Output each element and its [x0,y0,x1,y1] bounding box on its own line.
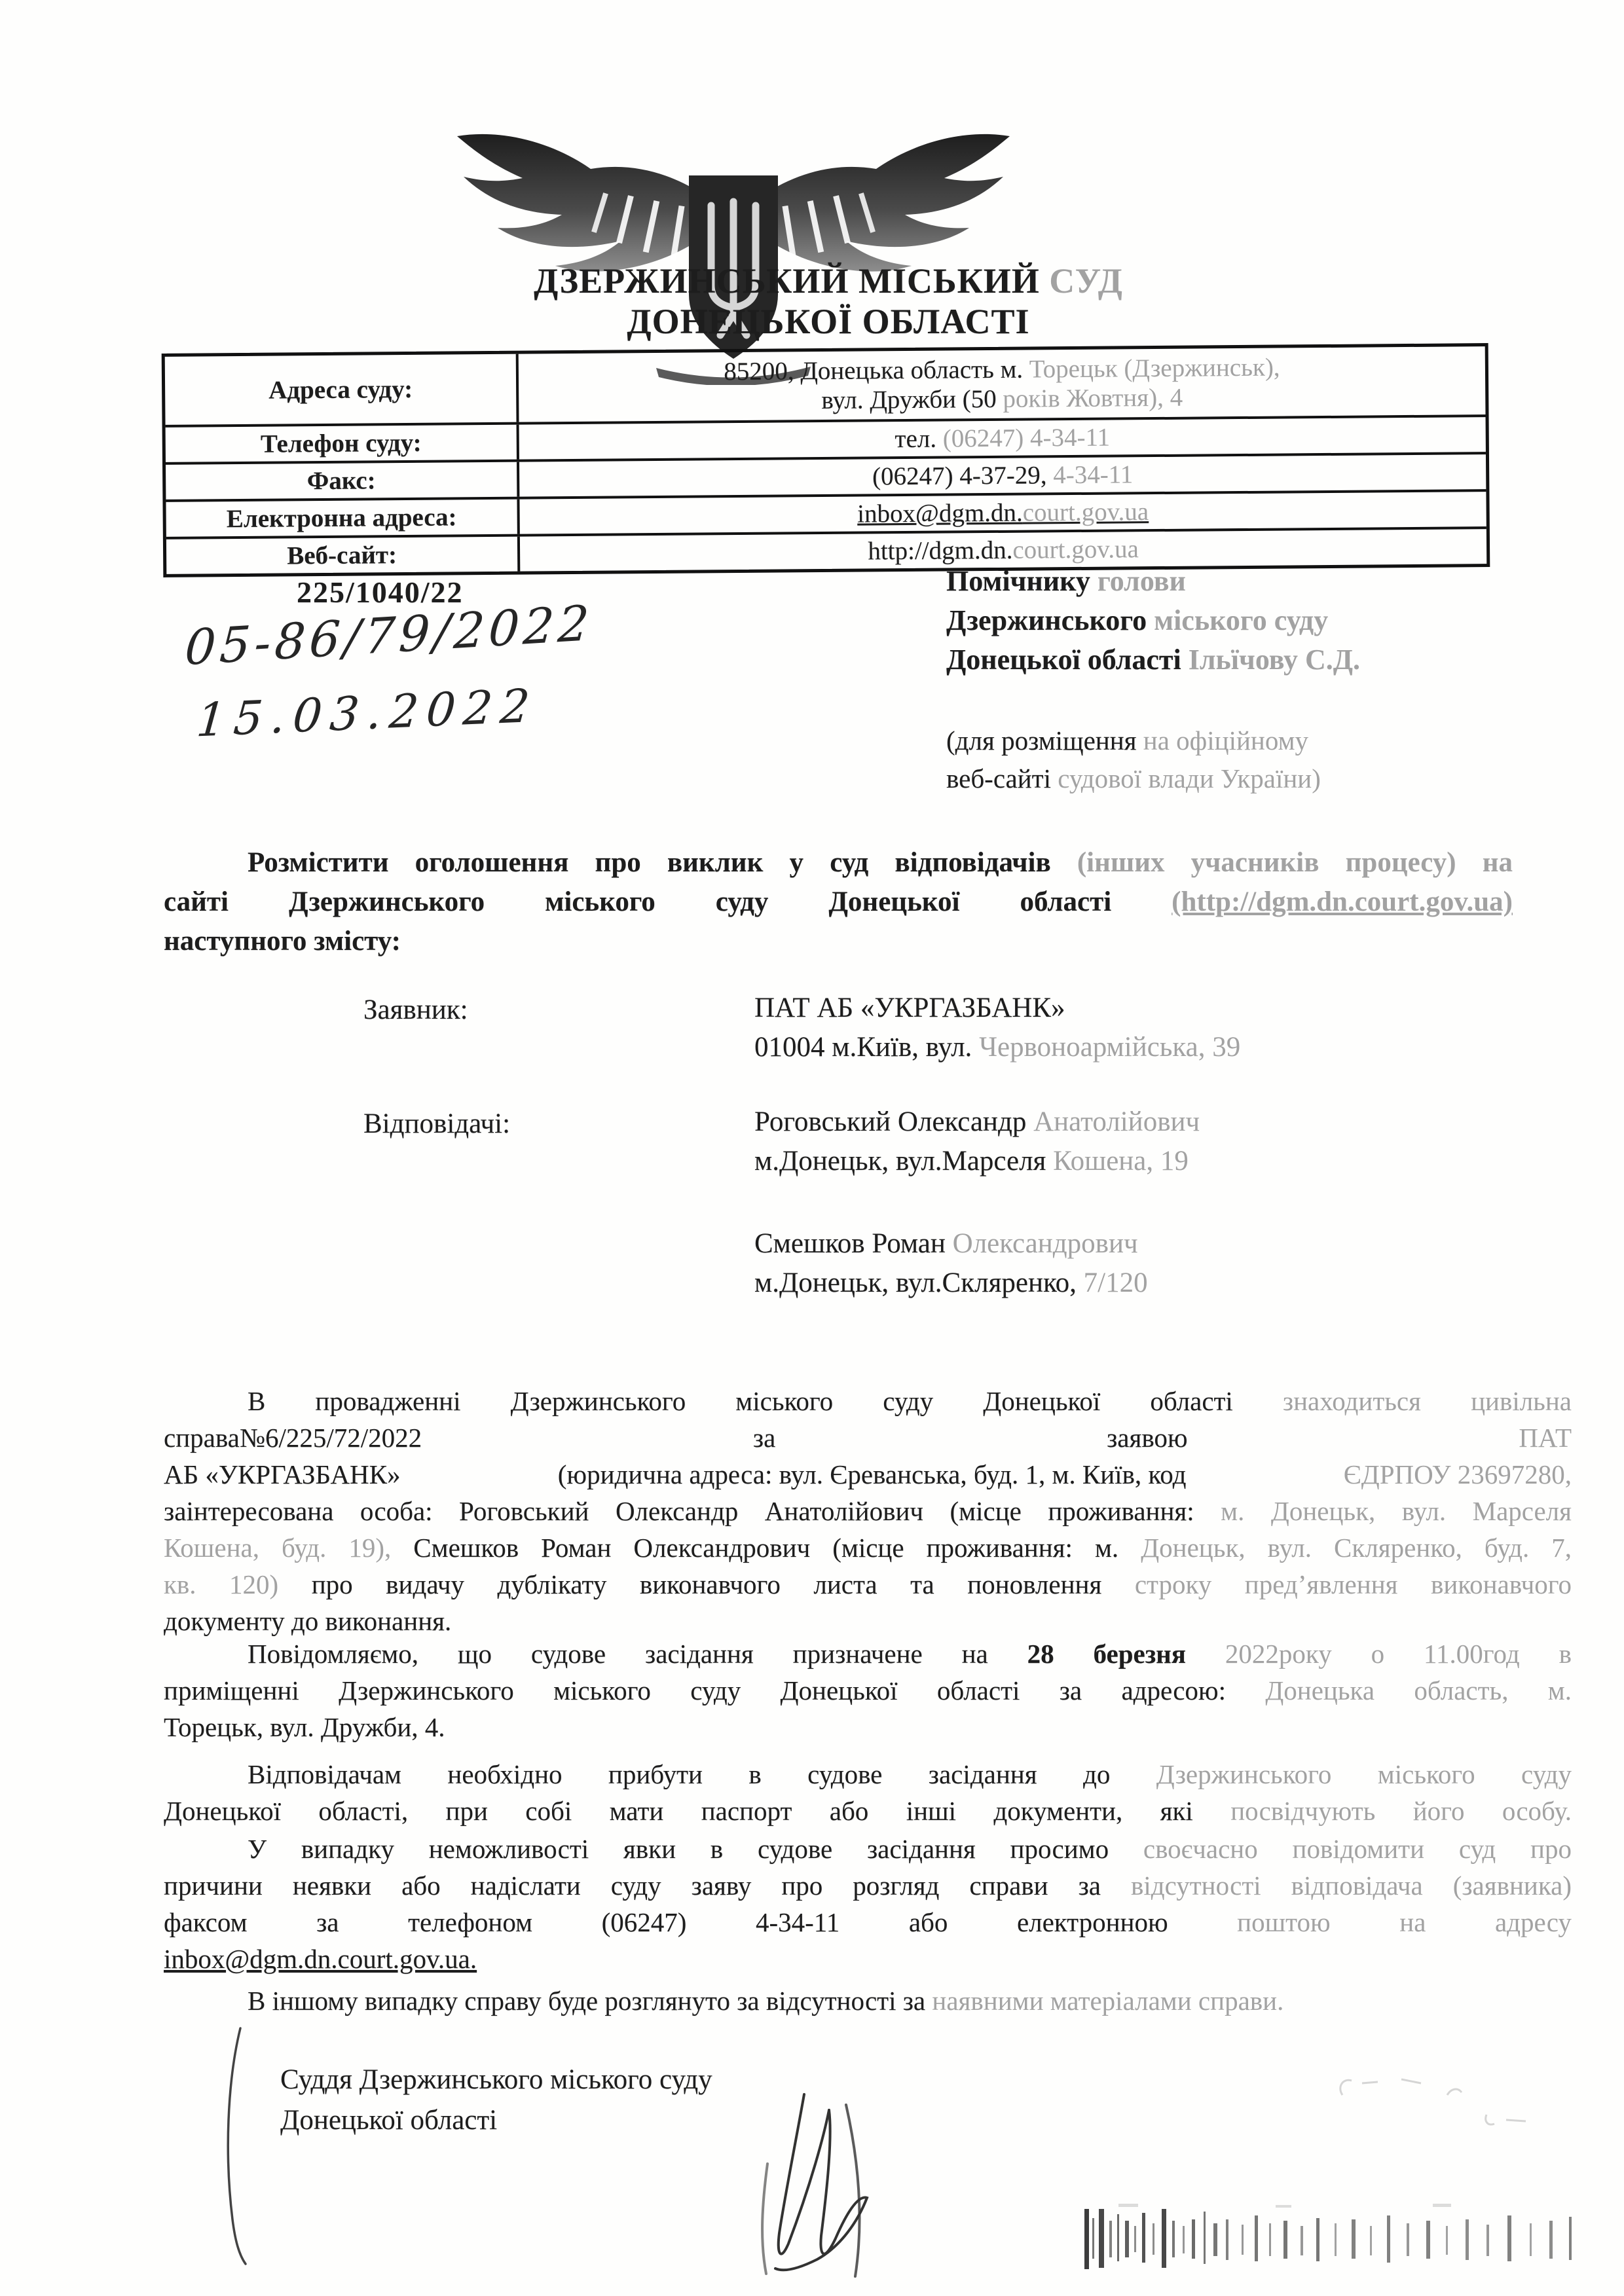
handwritten-date: 15.03.2022 [194,678,540,747]
seg: Смешков Роман [754,1228,953,1259]
respondent-2: Смешков Роман Олександрович м.Донецьк, в… [754,1224,1148,1303]
p4-line4: inbox@dgm.dn.court.gov.ua. [164,1941,1572,1977]
seg: АБ «УКРГАЗБАНК» [164,1456,401,1493]
respondent-1-address: м.Донецьк, вул.Марселя Кошена, 19 [754,1142,1200,1181]
seg: вул. Дружби (50 [821,385,1003,414]
address-line2: вул. Дружби (50 років Жовтня), 4 [821,383,1183,415]
body-paragraph-5: В іншому випадку справу буде розглянуто … [164,1982,1572,2019]
court-phone-number: 4-34-11 [756,1904,840,1941]
seg-faded: посвідчують його особу. [1230,1796,1572,1826]
respondent-2-address: м.Донецьк, вул.Скляренко, 7/120 [754,1264,1148,1303]
seg-faded: наявними матеріалами справи. [932,1986,1283,2016]
p2-line2: приміщенні Дзержинського міського суду Д… [164,1672,1572,1709]
seg-faded: кв. 120) [164,1569,312,1599]
seg: за [316,1904,339,1941]
seg-faded: (інших учасників процесу) на [1077,847,1513,878]
seg: В іншому випадку справу буде розглянуто … [248,1986,932,2016]
judge-handwritten-signature-icon [707,2085,923,2282]
order-line3: наступного змісту: [164,922,1513,961]
seg: (06247) 4-37-29, [872,461,1054,490]
address-value: 85200, Донецька область м. Торецьк (Дзер… [519,346,1486,422]
title-text-faded: СУД [1049,261,1123,301]
p4-line3: факсомзателефоном(06247)4-34-11абоелектр… [164,1904,1572,1941]
body-paragraph-3: Відповідачам необхідно прибути в судове … [164,1756,1572,1829]
p3-line2: Донецької області, при собі мати паспорт… [164,1793,1572,1829]
table-row-address: Адреса суду: 85200, Донецька область м. … [165,346,1486,425]
p4-line1: У випадку неможливості явки в судове зас… [164,1831,1572,1867]
seg-faded: Анатолійович [1033,1106,1200,1137]
p1-line4: заінтересована особа: Роговський Олексан… [164,1493,1572,1529]
seg: Помічнику [946,565,1098,597]
court-contact-table: Адреса суду: 85200, Донецька область м. … [162,343,1490,577]
recipient-block: Помічнику голови Дзержинського міського … [946,562,1457,680]
seg-faded: строку пред’явлення виконавчого [1135,1569,1572,1599]
body-paragraph-4: У випадку неможливості явки в судове зас… [164,1831,1572,1977]
email-label: Електронна адреса: [166,500,519,537]
seg-faded: Червоноармійська, 39 [979,1032,1240,1063]
seg: заявою [1107,1419,1187,1456]
seg: Донецької області [946,644,1189,676]
seg: (для розміщення [946,725,1143,756]
seg-faded: на [1399,1904,1426,1941]
recipient-line3: Донецької області Ільїчову С.Д. [946,640,1457,680]
address-line1: 85200, Донецька область м. Торецьк (Дзер… [724,353,1280,387]
address-label: Адреса суду: [165,354,519,425]
p3-line1: Відповідачам необхідно прибути в судове … [164,1756,1572,1793]
p1-line3: АБ «УКРГАЗБАНК»(юридична адреса: вул. Єр… [164,1456,1572,1493]
applicant-value: ПАТ АБ «УКРГАЗБАНК» 01004 м.Київ, вул. Ч… [754,989,1240,1067]
seg: У випадку неможливості явки в судове зас… [248,1834,1143,1864]
seg: http://dgm.dn. [868,536,1012,566]
body-paragraph-1: В провадженні Дзержинського міського суд… [164,1383,1572,1639]
seg-faded: ПАТ [1519,1419,1572,1456]
court-website-link: (http://dgm.dn.court.gov.ua) [1172,886,1513,917]
p4-line2: причини неявки або надіслати суду заяву … [164,1867,1572,1904]
seg: за [753,1419,775,1456]
respondent-1-name: Роговський Олександр Анатолійович [754,1102,1200,1142]
seg-faded: адресу [1495,1904,1572,1941]
seg-faded: міського суду [1154,604,1328,636]
seg: Дзержинського [946,604,1154,636]
seg-faded: Кошена, буд. 19), [164,1533,413,1563]
seg: або [909,1904,948,1941]
seg: електронною [1017,1904,1168,1941]
seg: Смешков Роман Олександрович (місце прожи… [413,1533,1141,1563]
seg-faded: своєчасно повідомити суд про [1143,1834,1572,1864]
seg: телефоном [408,1904,532,1941]
seg-faded: court.gov.ua [1023,498,1149,527]
seg-faded: 4-34-11 [1053,460,1133,489]
seg-faded: Ільїчову С.Д. [1189,644,1360,676]
p1-line1: В провадженні Дзержинського міського суд… [164,1383,1572,1419]
recipient-line1: Помічнику голови [946,562,1457,601]
scanned-court-document: ДЗЕРЖИНСЬКИЙ МІСЬКИЙ СУД ДОНЕЦЬКОЇ ОБЛАС… [0,0,1624,2296]
seg: 01004 м.Київ, вул. [754,1032,979,1063]
handwritten-registration-number: 05-86/79/2022 [183,595,595,677]
p2-line3: Торецьк, вул. Дружби, 4. [164,1709,1572,1745]
p1-line6: кв. 120) про видачу дублікату виконавчог… [164,1566,1572,1603]
pen-stroke-icon [218,2024,264,2273]
seg: м.Донецьк, вул.Марселя [754,1146,1053,1176]
degraded-barcode-stamp-icon [1079,2204,1596,2276]
seg-faded: Торецьк (Дзержинськ), [1029,354,1280,384]
seg-faded: court.gov.ua [1012,535,1139,564]
seg: причини неявки або надіслати суду заяву … [164,1870,1131,1901]
seg: про видачу дублікату виконавчого листа т… [312,1569,1135,1599]
seg: м.Донецьк, вул.Скляренко, [754,1267,1084,1298]
order-line2: сайті Дзержинського міського суду Донець… [164,883,1513,922]
seg: заінтересована особа: Роговський Олексан… [164,1496,1221,1526]
faint-stamp-mark [1323,2069,1591,2154]
respondent-1: Роговський Олександр Анатолійович м.Доне… [754,1102,1200,1181]
seg-faded: знаходиться цивільна [1283,1386,1572,1416]
seg-faded: голови [1098,565,1186,597]
seg: (юридична адреса: вул. Єреванська, буд. … [558,1456,1187,1493]
seg-faded: Олександрович [953,1228,1138,1259]
applicant-address: 01004 м.Київ, вул. Червоноармійська, 39 [754,1028,1240,1067]
applicant-name: ПАТ АБ «УКРГАЗБАНК» [754,989,1240,1028]
seg-faded: поштою [1237,1904,1331,1941]
seg: веб-сайті [946,763,1058,793]
seg: приміщенні Дзержинського міського суду Д… [164,1675,1265,1705]
title-text: ДЗЕРЖИНСЬКИЙ МІСЬКИЙ [534,261,1049,301]
publication-order: Розмістити оголошення про виклик у суд в… [164,843,1513,961]
court-title: ДЗЕРЖИНСЬКИЙ МІСЬКИЙ СУД ДОНЕЦЬКОЇ ОБЛАС… [164,261,1493,342]
seg-faded: Донецьк, вул. Скляренко, буд. 7, [1141,1533,1572,1563]
seg-faded: Кошена, 19 [1053,1146,1189,1176]
seg: 85200, Донецька область м. [724,355,1029,386]
court-email-link: inbox@dgm.dn.court.gov.ua. [164,1944,477,1974]
p1-line7: документу до виконання. [164,1603,1572,1639]
seg-faded: Донецька область, м. [1265,1675,1572,1705]
court-title-line1: ДЗЕРЖИНСЬКИЙ МІСЬКИЙ СУД [164,261,1493,301]
body-paragraph-2: Повідомляємо, що судове засідання призна… [164,1635,1572,1745]
seg: Повідомляємо, що судове засідання призна… [248,1639,1027,1669]
court-phone: (06247) [602,1904,687,1941]
fax-label: Факс: [166,462,519,500]
recipient-note-line2: веб-сайті судової влади України) [946,759,1464,797]
recipient-line2: Дзержинського міського суду [946,601,1457,640]
seg-faded: 7/120 [1084,1267,1148,1298]
seg-faded: на офіційному [1143,725,1308,756]
seg: Донецької області, при собі мати паспорт… [164,1796,1230,1826]
p2-line1: Повідомляємо, що судове засідання призна… [164,1635,1572,1672]
seg: В провадженні Дзержинського міського суд… [248,1386,1283,1416]
seg: тел. [895,425,943,454]
case-reference: справа№6/225/72/2022 [164,1419,422,1456]
respondent-2-name: Смешков Роман Олександрович [754,1224,1148,1264]
seg-faded: Дзержинського міського суду [1156,1759,1572,1789]
seg: Відповідачам необхідно прибути в судове … [248,1759,1156,1789]
seg: Розмістити оголошення про виклик у суд в… [248,847,1077,878]
p5-line1: В іншому випадку справу буде розглянуто … [164,1982,1572,2019]
hearing-date: 28 березня [1027,1639,1186,1669]
seg-faded: м. Донецьк, вул. Марселя [1221,1496,1572,1526]
recipient-note: (для розміщення на офіційному веб-сайті … [946,721,1464,797]
seg: сайті Дзержинського міського суду Донець… [164,886,1172,917]
phone-label: Телефон суду: [166,425,519,462]
p1-line5: Кошена, буд. 19), Смешков Роман Олександ… [164,1529,1572,1566]
respondents-label: Відповідачі: [363,1108,510,1140]
court-title-line2: ДОНЕЦЬКОЇ ОБЛАСТІ [164,301,1493,342]
seg-faded: судової влади України) [1058,763,1321,793]
website-label: Веб-сайт: [166,537,520,574]
applicant-label: Заявник: [363,994,468,1026]
seg-faded: ЄДРПОУ 23697280, [1344,1456,1572,1493]
seg-faded: років Жовтня), 4 [1003,384,1183,413]
seg: факсом [164,1904,248,1941]
seg: Роговський Олександр [754,1106,1033,1137]
hearing-time-faded: 2022року о 11.00год в [1186,1639,1572,1669]
seg-faded: відсутності відповідача (заявника) [1131,1870,1572,1901]
recipient-note-line1: (для розміщення на офіційному [946,721,1464,759]
seg: inbox@dgm.dn. [857,499,1023,528]
seg-faded: (06247) 4-34-11 [943,424,1111,453]
order-line1: Розмістити оголошення про виклик у суд в… [164,843,1513,883]
p1-line2: справа№6/225/72/2022зазаявоюПАТ [164,1419,1572,1456]
